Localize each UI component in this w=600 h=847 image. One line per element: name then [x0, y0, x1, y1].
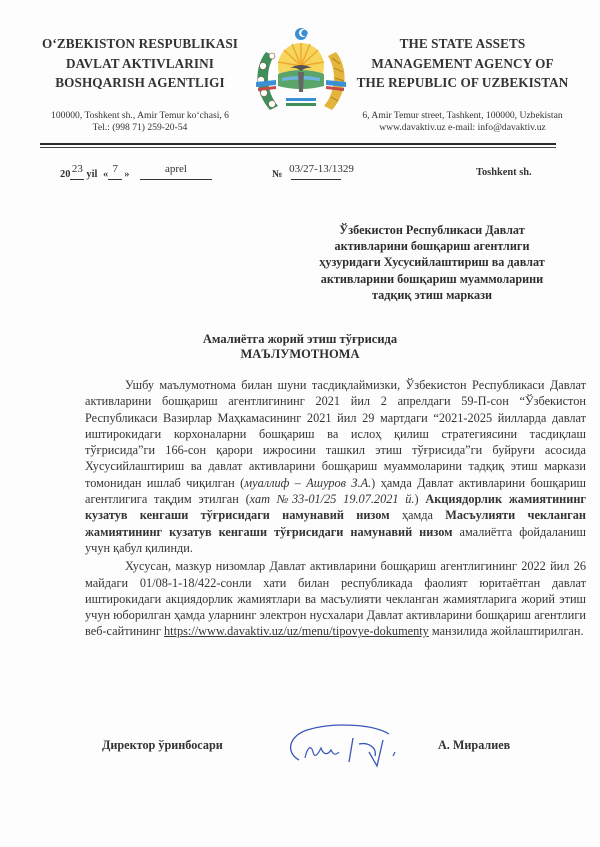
paragraph-1: Ушбу маълумотнома билан шуни тасдиқлайми… [85, 377, 586, 556]
year-underline: 23 [70, 167, 84, 180]
paragraph-2: Хусусан, мазкур низомлар Давлат активлар… [85, 558, 586, 639]
agency-name-uz-line-2: DAVLAT AKTIVLARINI [40, 54, 240, 74]
signatory-name: А. Миралиев [438, 738, 510, 753]
phone-uz: Tel.: (998 71) 259-20-54 [40, 122, 240, 134]
document-page: O‘ZBEKISTON RESPUBLIKASI DAVLAT AKTIVLAR… [0, 0, 600, 847]
month-underline: aprel [140, 167, 212, 180]
letterhead-divider-thick [40, 143, 556, 145]
day-value: 7 [112, 163, 118, 175]
author-reference: муаллиф – Ашуров З.А. [244, 476, 371, 490]
letterhead-right: THE STATE ASSETS MANAGEMENT AGENCY OF TH… [355, 34, 570, 134]
recipient-line-4: активларини бошқариш муаммоларини [283, 271, 581, 287]
recipient-line-2: активларини бошқариш агентлиги [283, 238, 581, 254]
date-number-line: 2023yil «7» aprel № 03/27-13/1329 Toshke… [52, 167, 562, 187]
letter-reference: хат №33-01/25 19.07.2021 й. [250, 492, 415, 506]
agency-name-uz-line-3: BOSHQARISH AGENTLIGI [40, 73, 240, 93]
recipient-line-1: Ўзбекистон Республикаси Давлат [283, 222, 581, 238]
document-heading: МАЪЛУМОТНОМА [150, 347, 450, 362]
document-subtitle: Амалиётга жорий этиш тўғрисида [150, 332, 450, 347]
signatory-role: Директор ўринбосари [102, 738, 223, 753]
year-word: yil [86, 169, 97, 180]
document-number: 03/27-13/1329 [289, 163, 354, 175]
date-field: 2023yil «7» aprel [60, 167, 212, 180]
day-close-quote: » [124, 169, 129, 180]
agency-name-uz-line-1: O‘ZBEKISTON RESPUBLIKASI [40, 34, 240, 54]
city: Toshkent sh. [476, 167, 532, 178]
document-title: Амалиётга жорий этиш тўғрисида МАЪЛУМОТН… [150, 332, 450, 362]
p1-text-4: ҳамда [390, 508, 446, 522]
tipovye-dokumenty-link[interactable]: https://www.davaktiv.uz/uz/menu/tipovye-… [164, 624, 429, 638]
recipient-line-3: ҳузуридаги Хусусийлаштириш ва давлат [283, 254, 581, 270]
document-body: Ушбу маълумотнома билан шуни тасдиқлайми… [85, 377, 586, 640]
agency-name-en-line-3: THE REPUBLIC OF UZBEKISTAN [355, 73, 570, 93]
agency-name-en-line-1: THE STATE ASSETS [355, 34, 570, 54]
agency-name-en-line-2: MANAGEMENT AGENCY OF [355, 54, 570, 74]
recipient-line-5: тадқиқ этиш маркази [283, 287, 581, 303]
handwritten-signature-icon [285, 722, 405, 772]
number-sign: № [272, 169, 282, 180]
address-uz-line-1: 100000, Toshkent sh., Amir Temur ko‘chas… [40, 110, 240, 122]
day-underline: 7 [108, 167, 122, 180]
p1-text-3: ) [414, 492, 425, 506]
document-number-field: № 03/27-13/1329 [272, 167, 341, 180]
year-prefix: 20 [60, 169, 70, 180]
letterhead-left: O‘ZBEKISTON RESPUBLIKASI DAVLAT AKTIVLAR… [40, 34, 240, 134]
letterhead-divider-thin [40, 147, 556, 148]
year-suffix: 23 [72, 163, 83, 175]
p1-text-1: Ушбу маълумотнома билан шуни тасдиқлайми… [85, 378, 586, 490]
web-email-en: www.davaktiv.uz e-mail: info@davaktiv.uz [355, 122, 570, 134]
recipient-block: Ўзбекистон Республикаси Давлат активлари… [283, 222, 581, 303]
address-uz: 100000, Toshkent sh., Amir Temur ko‘chas… [40, 110, 240, 134]
address-en: 6, Amir Temur street, Tashkent, 100000, … [355, 110, 570, 134]
month-value: aprel [165, 163, 187, 175]
state-emblem-icon [248, 22, 354, 122]
p2-text-2: манзилида жойлаштирилган. [429, 624, 584, 638]
address-en-line-1: 6, Amir Temur street, Tashkent, 100000, … [355, 110, 570, 122]
number-underline: 03/27-13/1329 [291, 167, 341, 180]
